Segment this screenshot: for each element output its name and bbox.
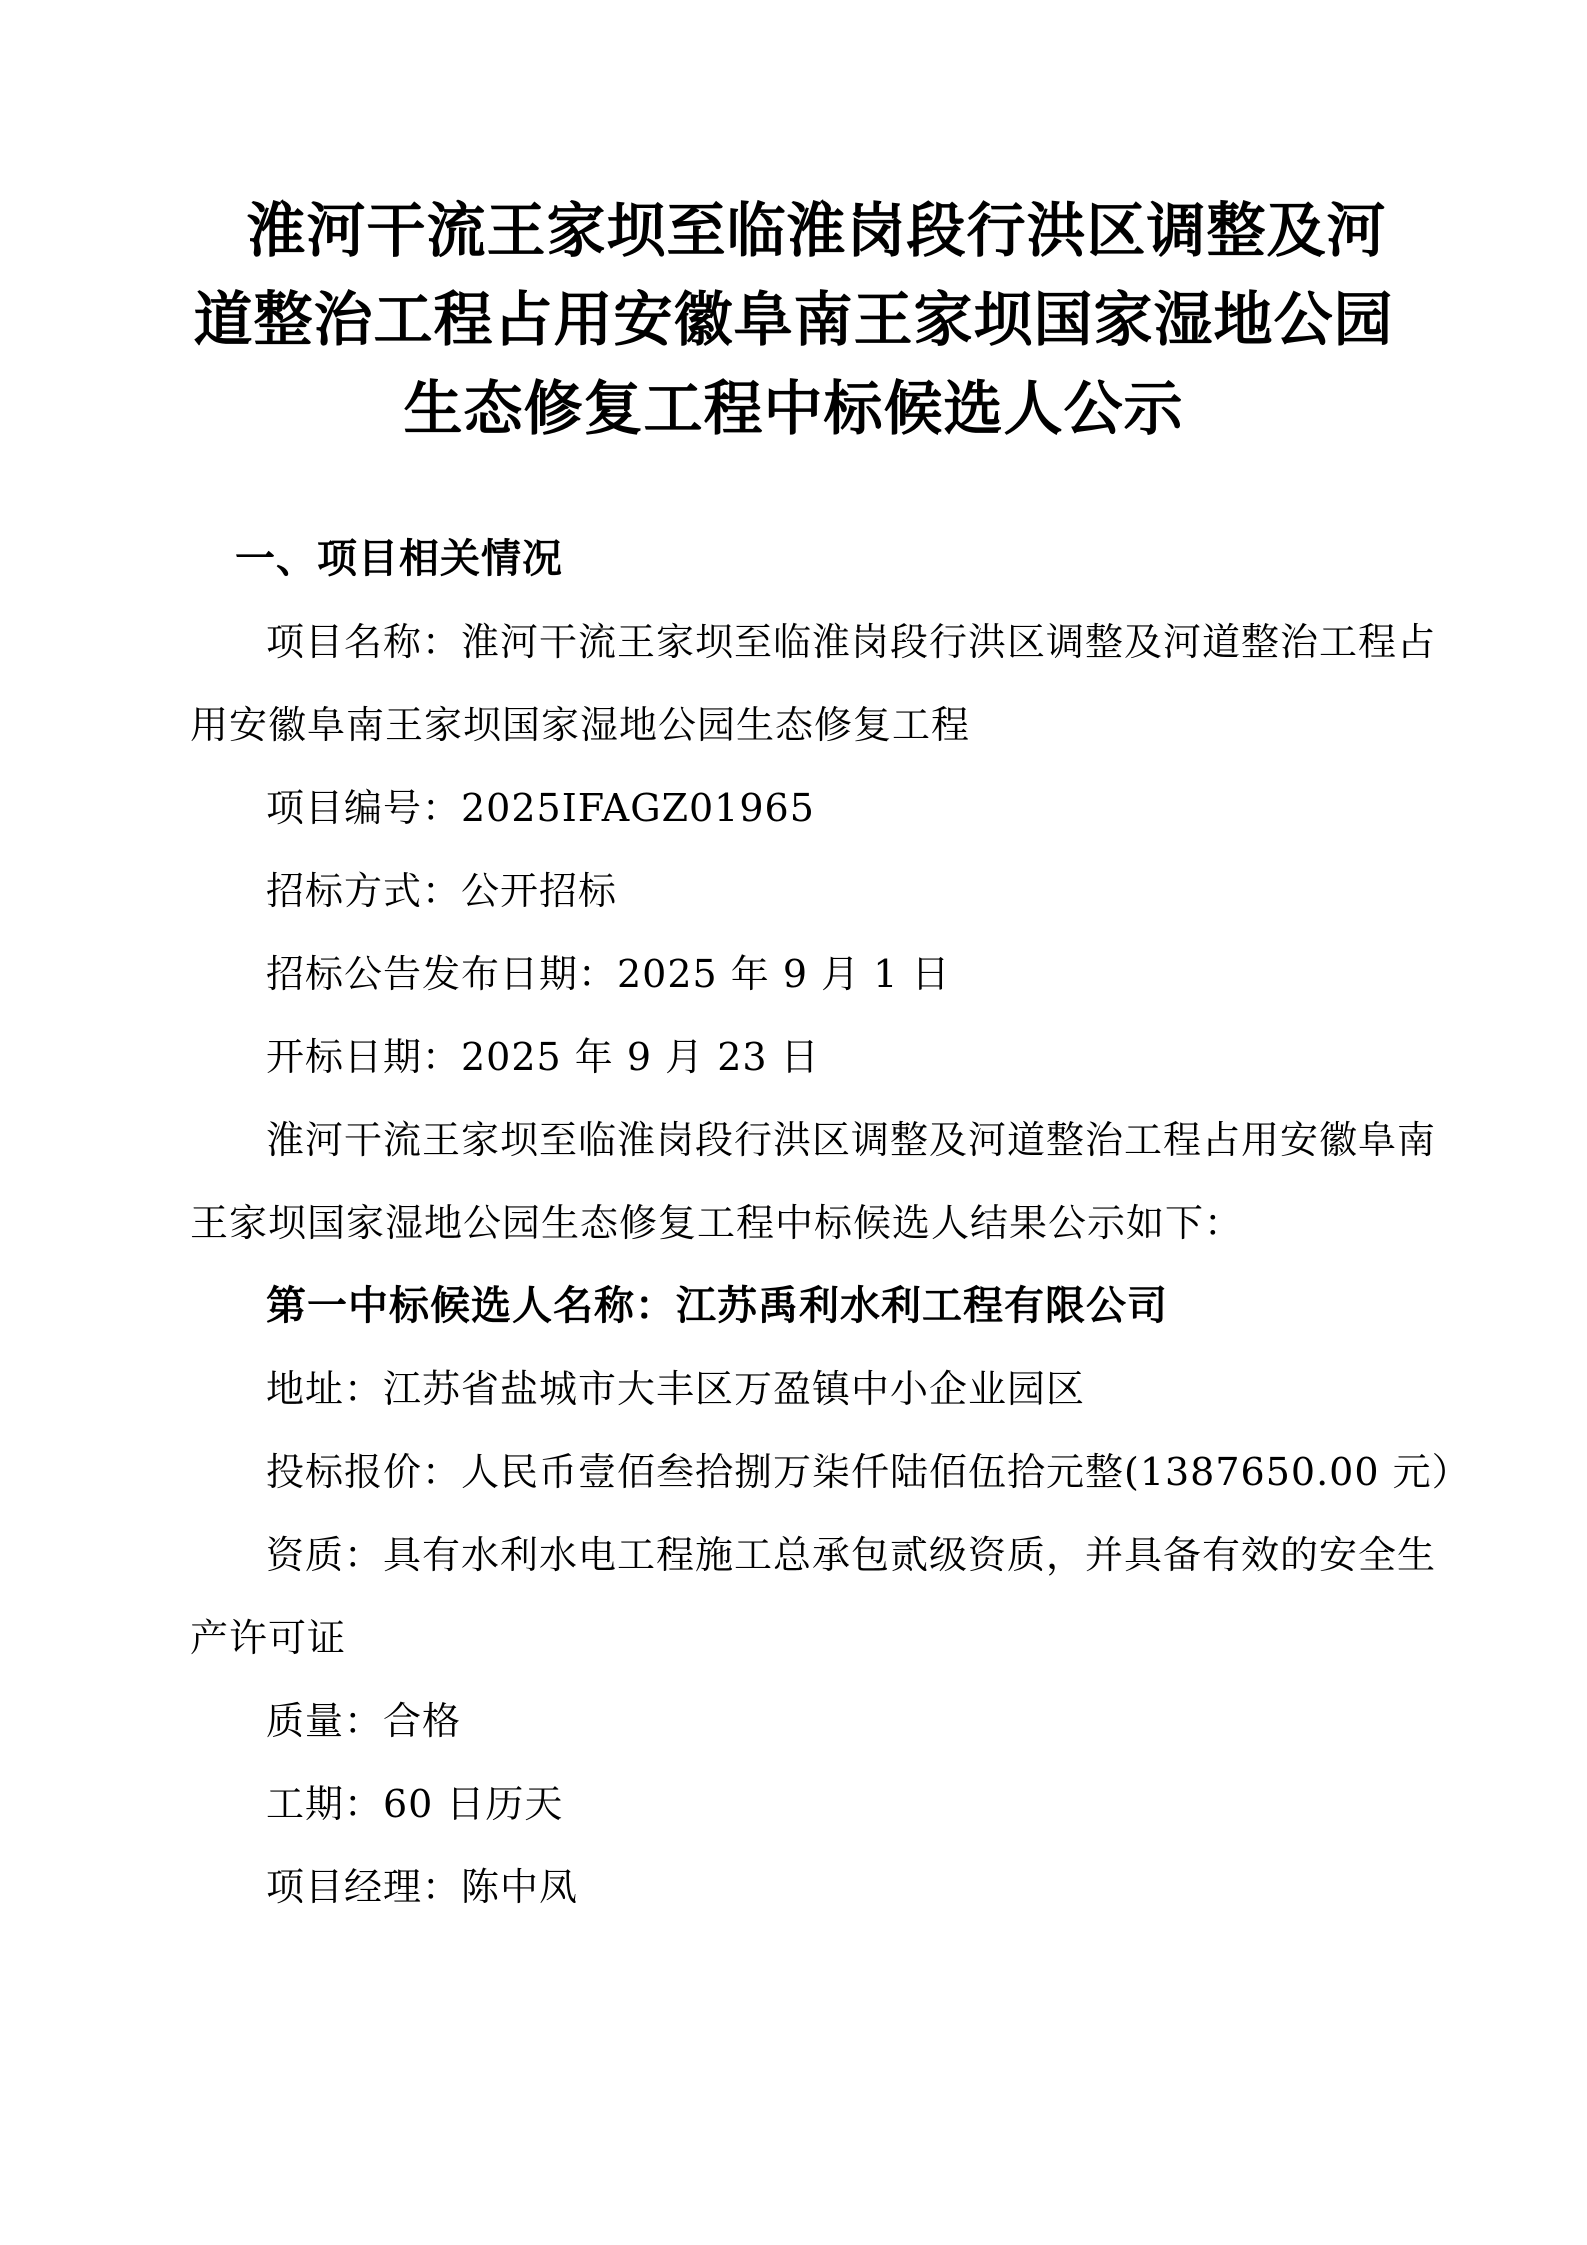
paragraph-line-4: 招标方式：公开招标: [190, 868, 1447, 951]
paragraph-line-8: 王家坝国家湿地公园生态修复工程中标候选人结果公示如下：: [190, 1200, 1447, 1283]
paragraph-line-5: 招标公告发布日期：2025 年 9 月 1 日: [190, 951, 1447, 1034]
section-heading: 一、项目相关情况: [190, 536, 1447, 619]
paragraph-line-15: 工期：60 日历天: [190, 1781, 1447, 1864]
document-title-line-3: 生态修复工程中标候选人公示: [0, 364, 1587, 453]
document-title-line-1: 淮河干流王家坝至临淮岗段行洪区调整及河: [23, 186, 1587, 275]
paragraph-line-10: 地址：江苏省盐城市大丰区万盈镇中小企业园区: [190, 1366, 1447, 1449]
document-page: 淮河干流王家坝至临淮岗段行洪区调整及河 道整治工程占用安徽阜南王家坝国家湿地公园…: [0, 0, 1587, 2245]
document-title: 淮河干流王家坝至临淮岗段行洪区调整及河 道整治工程占用安徽阜南王家坝国家湿地公园…: [0, 186, 1587, 453]
paragraph-line-3: 项目编号：2025IFAGZ01965: [190, 785, 1447, 868]
paragraph-line-2: 用安徽阜南王家坝国家湿地公园生态修复工程: [190, 702, 1447, 785]
paragraph-line-14: 质量：合格: [190, 1698, 1447, 1781]
document-body: 一、项目相关情况项目名称：淮河干流王家坝至临淮岗段行洪区调整及河道整治工程占用安…: [190, 536, 1447, 1947]
paragraph-line-13: 产许可证: [190, 1615, 1447, 1698]
paragraph-line-11: 投标报价：人民币壹佰叁拾捌万柒仟陆佰伍拾元整(1387650.00 元）: [190, 1449, 1447, 1532]
paragraph-line-6: 开标日期：2025 年 9 月 23 日: [190, 1034, 1447, 1117]
paragraph-line-7: 淮河干流王家坝至临淮岗段行洪区调整及河道整治工程占用安徽阜南: [190, 1117, 1447, 1200]
paragraph-line-16: 项目经理：陈中凤: [190, 1864, 1447, 1947]
paragraph-line-1: 项目名称：淮河干流王家坝至临淮岗段行洪区调整及河道整治工程占: [190, 619, 1447, 702]
paragraph-line-9: 第一中标候选人名称：江苏禹利水利工程有限公司: [190, 1283, 1447, 1366]
document-title-line-2: 道整治工程占用安徽阜南王家坝国家湿地公园: [0, 275, 1587, 364]
paragraph-line-12: 资质：具有水利水电工程施工总承包贰级资质，并具备有效的安全生: [190, 1532, 1447, 1615]
